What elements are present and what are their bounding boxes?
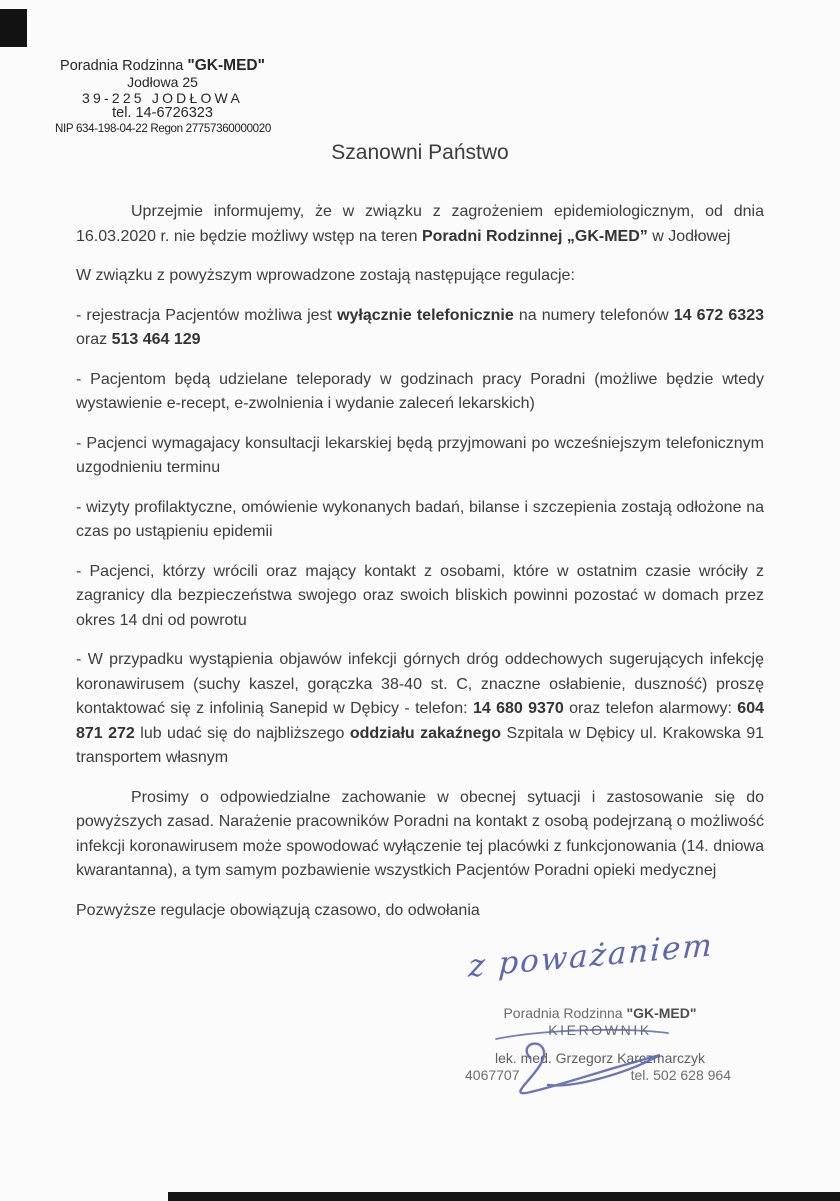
handwritten-closing: z poważaniem <box>468 938 708 1008</box>
paragraph: W związku z powyższym wprowadzone zostaj… <box>76 264 764 289</box>
paragraph-bold-run: 14 680 9370 <box>473 700 564 717</box>
paragraph-text-run: - Pacjenci, którzy wrócili oraz mający k… <box>76 563 764 629</box>
paragraph-bold-run: 14 672 6323 <box>674 307 764 324</box>
letterhead-stamp: Poradnia Rodzinna "GK-MED" Jodłowa 25 39… <box>55 58 270 135</box>
paragraph-text-run: - wizyty profilaktyczne, omówienie wykon… <box>76 499 764 541</box>
paragraph-text-run: oraz <box>76 331 112 348</box>
paragraph-bold-run: oddziału zakaźnego <box>350 725 501 742</box>
paragraph-text-run: Pozwyższe regulacje obowiązują czasowo, … <box>76 902 480 919</box>
paragraph-text-run: - Pacjentom będą udzielane teleporady w … <box>76 371 764 413</box>
paragraph-text-run: - Pacjenci wymagajacy konsultacji lekars… <box>76 435 764 477</box>
paragraph: Uprzejmie informujemy, że w związku z za… <box>76 200 764 249</box>
paragraph: - rejestracja Pacjentów możliwa jest wył… <box>76 304 764 353</box>
letterhead-clinic-name-bold: "GK-MED" <box>187 57 265 74</box>
scan-artifact-top-left <box>0 9 27 47</box>
paragraph-bold-run: 513 464 129 <box>112 331 201 348</box>
letterhead-nip-regon: NIP 634-198-04-22 Regon 27757360000020 <box>55 123 270 135</box>
stamp-clinic-name: Poradnia Rodzinna "GK-MED" <box>455 1006 745 1022</box>
paragraph: - wizyty profilaktyczne, omówienie wykon… <box>76 496 764 545</box>
paragraph-bold-run: wyłącznie telefonicznie <box>337 307 514 324</box>
stamp-clinic-name-normal: Poradnia Rodzinna <box>503 1005 626 1021</box>
paragraph: Prosimy o odpowiedzialne zachowanie w ob… <box>76 786 764 884</box>
letterhead-clinic-name-normal: Poradnia Rodzinna <box>60 58 187 74</box>
letterhead-city: 39-225 JODŁOWA <box>55 91 270 106</box>
paragraph-text-run: W związku z powyższym wprowadzone zostaj… <box>76 267 575 284</box>
paragraph-text-run: oraz telefon alarmowy: <box>564 700 738 717</box>
letter-body: Uprzejmie informujemy, że w związku z za… <box>76 200 764 938</box>
letterhead-street: Jodłowa 25 <box>55 75 270 90</box>
paragraph-text-run: Prosimy o odpowiedzialne zachowanie w ob… <box>76 789 764 880</box>
paragraph-text-run: na numery telefonów <box>514 307 674 324</box>
paragraph: - W przypadku wystąpienia objawów infekc… <box>76 648 764 771</box>
paragraph-text-run: - rejestracja Pacjentów możliwa jest <box>76 307 337 324</box>
letterhead-clinic-name: Poradnia Rodzinna "GK-MED" <box>55 58 270 74</box>
letter-salutation: Szanowni Państwo <box>0 141 840 165</box>
stamp-clinic-name-bold: "GK-MED" <box>626 1005 696 1021</box>
letterhead-phone: tel. 14-6726323 <box>55 106 270 121</box>
paragraph: - Pacjenci, którzy wrócili oraz mający k… <box>76 560 764 634</box>
paragraph-bold-run: Poradni Rodzinnej „GK-MED” <box>422 228 648 245</box>
paragraph: - Pacjenci wymagajacy konsultacji lekars… <box>76 432 764 481</box>
paragraph: Pozwyższe regulacje obowiązują czasowo, … <box>76 899 764 924</box>
paragraph-text-run: w Jodłowej <box>648 228 731 245</box>
paragraph-text-run: lub udać się do najbliższego <box>135 725 350 742</box>
paragraph: - Pacjentom będą udzielane teleporady w … <box>76 368 764 417</box>
scan-artifact-bottom <box>168 1192 840 1201</box>
signature-scrawl <box>468 1022 700 1106</box>
scanned-letter-page: Poradnia Rodzinna "GK-MED" Jodłowa 25 39… <box>0 0 840 1201</box>
